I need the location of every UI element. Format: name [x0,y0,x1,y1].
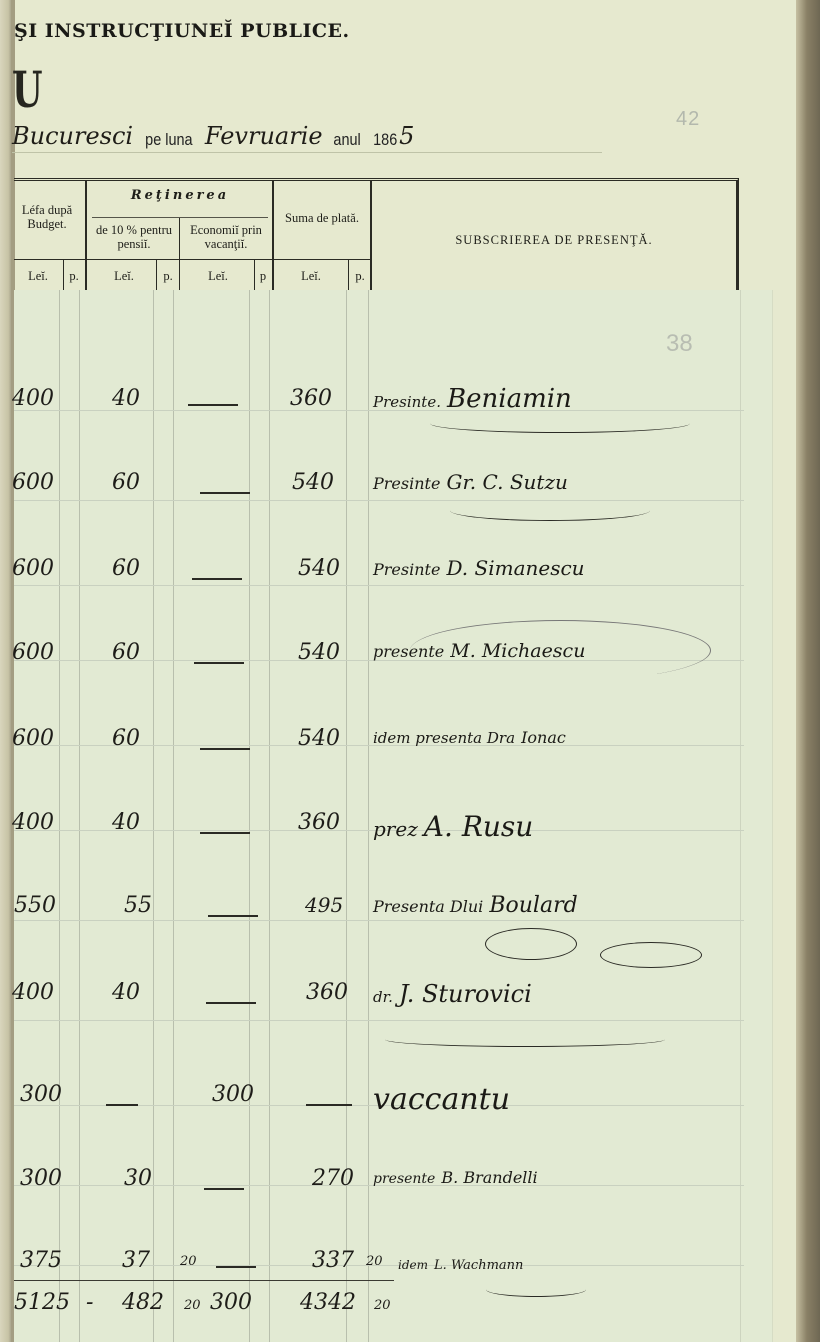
lefa-value: 600 [12,470,54,495]
lefa-value: 400 [12,386,54,411]
pe-luna-label: pe luna [145,130,192,150]
economii-dash [200,748,250,750]
pensii-value: 55 [124,893,152,918]
table-row: 300 30 270 presente B. Brandelli [0,1166,760,1206]
total-economii: 300 [210,1290,252,1315]
pensii-value: 60 [112,556,140,581]
anul-label: anul [333,130,360,150]
totals-rule [14,1280,394,1281]
col-subscrierea: SUBSCRIEREA DE PRESENŢĂ. [374,233,734,247]
economii-dash [206,1002,256,1004]
suma-value: 540 [298,556,340,581]
total-suma: 4342 [300,1290,356,1315]
total-pensii: 482 [122,1290,164,1315]
signature: dr. J. Sturovici [373,980,532,1008]
lefa-value: 600 [12,640,54,665]
lefa-value: 600 [12,556,54,581]
economii-value: 300 [212,1082,254,1107]
suma-value: 337 [312,1248,354,1273]
lefa-value: 400 [12,980,54,1005]
suma-value: 360 [306,980,348,1005]
table-row: 600 60 540 idem presenta Dra Ionac [0,726,760,766]
table-row: 375 37 20 337 20 idem L. Wachmann [0,1248,760,1288]
table-header: Léfa după Budget. Reţinerea de 10 % pent… [14,178,739,296]
pensii-value: 30 [124,1166,152,1191]
month-name: Fevruarie [205,122,323,150]
suma-value: 540 [292,470,334,495]
lefa-value: 600 [12,726,54,751]
sub-lei: Leĭ. [184,269,252,283]
group-retinerea: Reţinerea [88,189,272,203]
suma-value: 360 [290,386,332,411]
suma-paras: 20 [366,1254,383,1269]
table-row: 400 40 360 prez A. Rusu [0,810,760,850]
sheet-folio-stamp: 38 [666,330,693,358]
economii-dash [200,492,250,494]
table-row: 600 60 540 Presinte Gr. C. Sutzu [0,470,760,510]
table-row: 550 55 495 Presenta Dlui Boulard [0,893,760,933]
total-lefa-paras: - [86,1290,93,1315]
sub-p: p. [350,269,370,283]
economii-dash [194,662,244,664]
table-row: 400 40 360 dr. J. Sturovici [0,980,760,1020]
heading-letter: U [12,60,43,119]
pensii-value: 60 [112,640,140,665]
sub-lei: Leĭ. [18,269,58,283]
signature: Presenta Dlui Boulard [373,893,578,918]
pensii-value: 60 [112,726,140,751]
lefa-value: 300 [20,1166,62,1191]
col-lefa-budget: Léfa după Budget. [16,203,78,231]
economii-dash [192,578,242,580]
signature: idem presenta Dra Ionac [373,726,566,748]
folio-stamp: 42 [676,108,700,131]
table-row: 300 300 vaccantu [0,1082,760,1122]
sub-p: p [255,269,271,283]
sub-p: p. [64,269,84,283]
year-handwritten: 5 [399,122,414,150]
col-suma-de-plata: Suma de plată. [274,211,370,225]
year-printed: 186 [373,130,397,150]
pensii-value: 60 [112,470,140,495]
pensii-value: 40 [112,810,140,835]
total-pensii-paras: 20 [184,1298,201,1313]
signature: vaccantu [373,1082,510,1117]
lefa-value: 300 [20,1082,62,1107]
sub-lei: Leĭ. [276,269,346,283]
economii-dash [200,832,250,834]
pensii-value: 40 [112,386,140,411]
sub-lei: Leĭ. [94,269,154,283]
place-name: Bucuresci [12,122,133,150]
pensii-dash [106,1104,138,1106]
lefa-value: 400 [12,810,54,835]
lefa-value: 550 [14,893,56,918]
total-lefa: 5125 [14,1290,70,1315]
pensii-value: 37 [122,1248,150,1273]
place-date-line: Bucuresci pe luna Fevruarie anul 186 5 [12,112,602,153]
suma-value: 360 [298,810,340,835]
table-row: 600 60 540 Presinte D. Simanescu [0,556,760,596]
economii-dash [204,1188,244,1190]
page-stack-edge [796,0,820,1342]
signature: Presinte Gr. C. Sutzu [373,470,568,494]
signature: Presinte. Beniamin [373,384,572,414]
economii-dash [216,1266,256,1268]
lefa-value: 375 [20,1248,62,1273]
totals-row: 5125 - 482 20 300 4342 20 [0,1290,760,1330]
suma-dash [306,1104,352,1106]
col-economii: Economiĭ prin vacanţiĭ. [182,223,270,251]
pensii-paras: 20 [180,1254,197,1269]
pensii-value: 40 [112,980,140,1005]
suma-value: 540 [298,640,340,665]
signature: prez A. Rusu [373,810,533,843]
sub-p: p. [157,269,179,283]
total-suma-paras: 20 [374,1298,391,1313]
economii-dash [188,404,238,406]
suma-value: 540 [298,726,340,751]
signature: idem L. Wachmann [398,1252,523,1274]
economii-dash [208,915,258,917]
signature: presente B. Brandelli [373,1166,538,1188]
ministry-title: ŞI INSTRUCŢIUNEĬ PUBLICE. [14,20,350,42]
suma-value: 270 [312,1166,354,1191]
col-pensii: de 10 % pentru pensiĭ. [92,223,176,251]
suma-value: 495 [305,893,343,917]
signature: Presinte D. Simanescu [373,556,585,580]
